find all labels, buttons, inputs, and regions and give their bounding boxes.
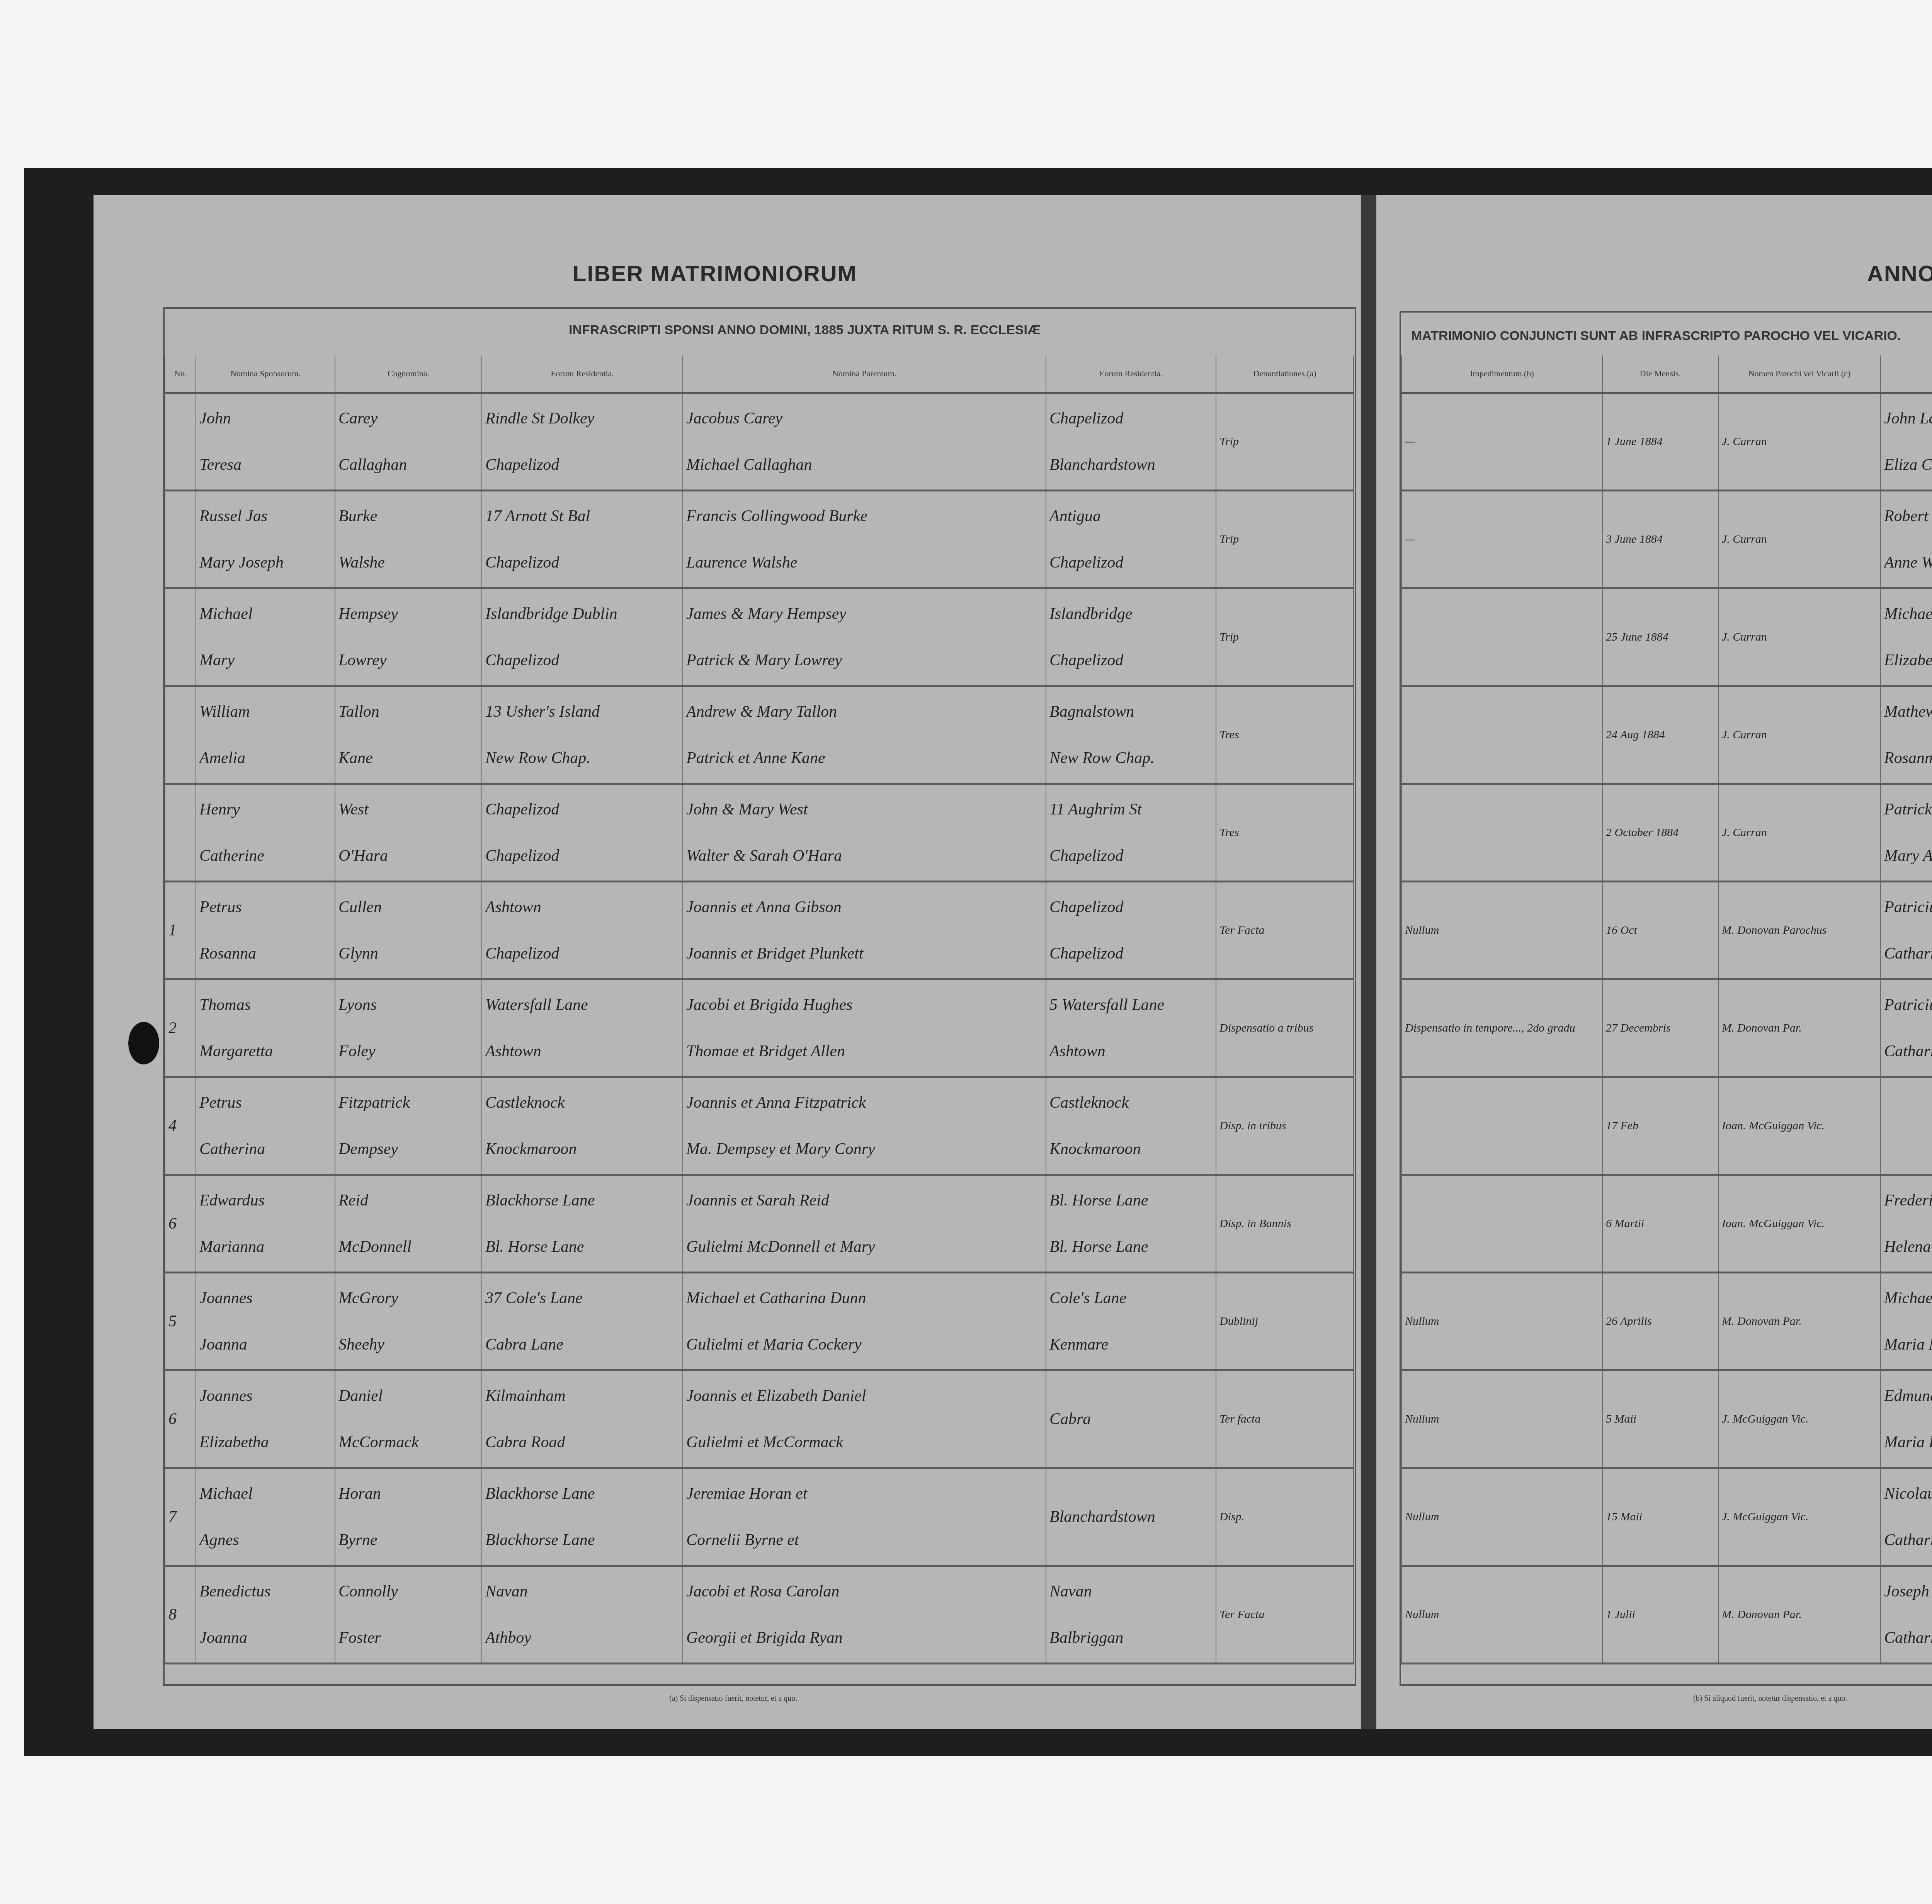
parents-residence-line: Kenmare xyxy=(1049,1321,1213,1368)
table-row: Nullum16 OctM. Donovan ParochusPatricius… xyxy=(1401,882,1932,979)
marriage-date: 16 Oct xyxy=(1602,882,1718,979)
surnames: WestO'Hara xyxy=(335,784,482,882)
right-header-row: Impedimentum.(b) Die Mensis. Nomen Paroc… xyxy=(1401,355,1932,393)
witnesses: Joseph SheppardCatharina Lavin xyxy=(1881,1566,1932,1664)
banns: Trip xyxy=(1216,393,1354,491)
banns: Dispensatio a tribus xyxy=(1216,979,1354,1077)
residence-line: Kilmainham xyxy=(485,1373,679,1419)
parents-residence-line: Chapelizod xyxy=(1049,930,1213,977)
priest-text: M. Donovan Par. xyxy=(1722,1591,1877,1638)
parents-line: Jacobus Carey xyxy=(686,395,1043,442)
witnesses: Robert BurkeAnne Walshe xyxy=(1881,491,1932,588)
parents-residence-line: Chapelizod xyxy=(1049,395,1213,442)
entry-number: 7 xyxy=(165,1468,196,1566)
entry-number: 1 xyxy=(165,882,196,979)
impediment xyxy=(1401,1175,1602,1273)
residence: Blackhorse LaneBl. Horse Lane xyxy=(482,1175,683,1273)
banns: Disp. in Bannis xyxy=(1216,1175,1354,1273)
left-page: LIBER MATRIMONIORUM INFRASCRIPTI SPONSI … xyxy=(94,195,1361,1729)
priest: J. Curran xyxy=(1718,491,1881,588)
witnesses-line: Patrick Dowse xyxy=(1884,786,1932,833)
impediment: — xyxy=(1401,491,1602,588)
priest-text: J. Curran xyxy=(1722,614,1877,660)
surnames-line: McGrory xyxy=(338,1275,478,1321)
banns-text: Trip xyxy=(1219,516,1350,563)
given-names-line: Elizabetha xyxy=(199,1419,332,1465)
table-row: 4PetrusCatherinaFitzpatrickDempseyCastle… xyxy=(165,1077,1354,1175)
residence-line: Chapelizod xyxy=(485,442,679,488)
book-gutter xyxy=(1361,195,1376,1729)
residence: 37 Cole's LaneCabra Lane xyxy=(482,1273,683,1370)
given-names-line: Joanna xyxy=(199,1615,332,1661)
priest: J. Curran xyxy=(1718,686,1881,784)
impediment-text: Nullum xyxy=(1405,1494,1599,1540)
parents-line: Patrick & Mary Lowrey xyxy=(686,637,1043,683)
priest-text: J. Curran xyxy=(1722,712,1877,758)
impediment: Nullum xyxy=(1401,1370,1602,1468)
parents-residence-line: Blanchardstown xyxy=(1049,442,1213,488)
residence: Rindle St DolkeyChapelizod xyxy=(482,393,683,491)
given-names-line: Mary xyxy=(199,637,332,683)
given-names: PetrusCatherina xyxy=(196,1077,335,1175)
col-parents-residence: Eorum Residentia. xyxy=(1046,355,1216,393)
parents-line: Andrew & Mary Tallon xyxy=(686,688,1043,735)
entry-number-text: 7 xyxy=(168,1494,192,1540)
parents-residence-line: Islandbridge xyxy=(1049,591,1213,637)
priest: M. Donovan Par. xyxy=(1718,1566,1881,1664)
banns: Ter Facta xyxy=(1216,1566,1354,1664)
parents: James & Mary HempseyPatrick & Mary Lowre… xyxy=(683,588,1046,686)
parents-residence: 5 Watersfall LaneAshtown xyxy=(1046,979,1216,1077)
priest-text: M. Donovan Parochus xyxy=(1722,907,1877,954)
entry-number: 2 xyxy=(165,979,196,1077)
col-given-names: Nomina Sponsorum. xyxy=(196,355,335,393)
witnesses-line: Catharina Glynn xyxy=(1884,930,1932,977)
witnesses-line: Robert Burke xyxy=(1884,493,1932,539)
parents: Michael et Catharina DunnGulielmi et Mar… xyxy=(683,1273,1046,1370)
witnesses-line: Eliza Callaghan xyxy=(1884,442,1932,488)
parents-line: Gulielmi et Maria Cockery xyxy=(686,1321,1043,1368)
banns-text: Disp. in tribus xyxy=(1219,1103,1350,1149)
table-row: 2 October 1884J. CurranPatrick DowseMary… xyxy=(1401,784,1932,882)
marriage-date: 1 June 1884 xyxy=(1602,393,1718,491)
banns-text: Trip xyxy=(1219,614,1350,660)
residence-line: Watersfall Lane xyxy=(485,982,679,1028)
entry-number: 6 xyxy=(165,1175,196,1273)
parents-line: John & Mary West xyxy=(686,786,1043,833)
witnesses-line: Frederic Reid xyxy=(1884,1177,1932,1224)
parents-line: Gulielmi et McCormack xyxy=(686,1419,1043,1465)
table-row: 2ThomasMargarettaLyonsFoleyWatersfall La… xyxy=(165,979,1354,1077)
witnesses: Michael MaraElizabeth Lowrey xyxy=(1881,588,1932,686)
given-names: JoannesJoanna xyxy=(196,1273,335,1370)
marriage-date-text: 1 Julii xyxy=(1606,1591,1715,1638)
residence-line: Castleknock xyxy=(485,1079,679,1126)
marriage-date-text: 26 Aprilis xyxy=(1606,1298,1715,1345)
priest-text: Ioan. McGuiggan Vic. xyxy=(1722,1103,1877,1149)
parents-line: Joannis et Bridget Plunkett xyxy=(686,930,1043,977)
witnesses-line: Maria Byrne xyxy=(1884,1419,1932,1465)
marriage-date-text: 6 Martii xyxy=(1606,1200,1715,1247)
impediment-text: Nullum xyxy=(1405,1591,1599,1638)
table-row: WilliamAmeliaTallonKane13 Usher's Island… xyxy=(165,686,1354,784)
marriage-date: 24 Aug 1884 xyxy=(1602,686,1718,784)
marriage-date-text: 3 June 1884 xyxy=(1606,516,1715,563)
witnesses: Mathew WatersRosanna McLoughlin xyxy=(1881,686,1932,784)
priest: M. Donovan Parochus xyxy=(1718,882,1881,979)
table-row: 17 FebIoan. McGuiggan Vic.Patricius Gore… xyxy=(1401,1077,1932,1175)
table-row: 25 June 1884J. CurranMichael MaraElizabe… xyxy=(1401,588,1932,686)
given-names-line: Agnes xyxy=(199,1517,332,1563)
parents-residence-line: Navan xyxy=(1049,1568,1213,1615)
impediment: Dispensatio in tempore..., 2do gradu xyxy=(1401,979,1602,1077)
parents-residence: NavanBalbriggan xyxy=(1046,1566,1216,1664)
entry-number: 6 xyxy=(165,1370,196,1468)
parents: Joannis et Sarah ReidGulielmi McDonnell … xyxy=(683,1175,1046,1273)
impediment: — xyxy=(1401,393,1602,491)
surnames-line: Sheehy xyxy=(338,1321,478,1368)
parents-line: Joannis et Anna Fitzpatrick xyxy=(686,1079,1043,1126)
marriage-date: 15 Maii xyxy=(1602,1468,1718,1566)
col-banns: Denuntiationes.(a) xyxy=(1216,355,1354,393)
priest-text: Ioan. McGuiggan Vic. xyxy=(1722,1200,1877,1247)
right-header-band: MATRIMONIO CONJUNCTI SUNT AB INFRASCRIPT… xyxy=(1411,328,1901,343)
parents-line: Jacobi et Brigida Hughes xyxy=(686,982,1043,1028)
given-names-line: Petrus xyxy=(199,1079,332,1126)
given-names-line: Michael xyxy=(199,591,332,637)
table-row: —1 June 1884J. CurranJohn LewisEliza Cal… xyxy=(1401,393,1932,491)
impediment-text: Nullum xyxy=(1405,1396,1599,1442)
marriage-date: 3 June 1884 xyxy=(1602,491,1718,588)
parents: John & Mary WestWalter & Sarah O'Hara xyxy=(683,784,1046,882)
impediment: Nullum xyxy=(1401,1566,1602,1664)
residence: 17 Arnott St BalChapelizod xyxy=(482,491,683,588)
witnesses: Patricius LyonsCatharina Foley xyxy=(1881,979,1932,1077)
priest: J. McGuiggan Vic. xyxy=(1718,1370,1881,1468)
col-date: Die Mensis. xyxy=(1602,355,1718,393)
residence: CastleknockKnockmaroon xyxy=(482,1077,683,1175)
given-names: PetrusRosanna xyxy=(196,882,335,979)
col-witnesses: Testes adfuerunt. xyxy=(1881,355,1932,393)
surnames: HempseyLowrey xyxy=(335,588,482,686)
parents-residence: Bl. Horse LaneBl. Horse Lane xyxy=(1046,1175,1216,1273)
table-row: MichaelMaryHempseyLowreyIslandbridge Dub… xyxy=(165,588,1354,686)
witnesses: Nicolaus RocheCatharina Roche xyxy=(1881,1468,1932,1566)
witnesses-line: Catharina Roche xyxy=(1884,1517,1932,1563)
surnames: CareyCallaghan xyxy=(335,393,482,491)
parents-residence: BagnalstownNew Row Chap. xyxy=(1046,686,1216,784)
priest: Ioan. McGuiggan Vic. xyxy=(1718,1077,1881,1175)
residence: AshtownChapelizod xyxy=(482,882,683,979)
surnames-line: Foster xyxy=(338,1615,478,1661)
marriage-date-text: 25 June 1884 xyxy=(1606,614,1715,660)
table-row: 6EdwardusMariannaReidMcDonnellBlackhorse… xyxy=(165,1175,1354,1273)
parents-residence-line: Chapelizod xyxy=(1049,833,1213,879)
given-names-line: William xyxy=(199,688,332,735)
residence: KilmainhamCabra Road xyxy=(482,1370,683,1468)
priest: J. Curran xyxy=(1718,588,1881,686)
table-row: Nullum15 MaiiJ. McGuiggan Vic.Nicolaus R… xyxy=(1401,1468,1932,1566)
banns-text: Ter Facta xyxy=(1219,1591,1350,1638)
parents: Francis Collingwood BurkeLaurence Walshe xyxy=(683,491,1046,588)
impediment: Nullum xyxy=(1401,1468,1602,1566)
witnesses-line: Patricius Lyons xyxy=(1884,982,1932,1028)
residence-line: Athboy xyxy=(485,1615,679,1661)
surnames-line: Callaghan xyxy=(338,442,478,488)
residence-line: Chapelizod xyxy=(485,539,679,586)
given-names: JoannesElizabetha xyxy=(196,1370,335,1468)
parents-line: Walter & Sarah O'Hara xyxy=(686,833,1043,879)
left-header-row: No. Nomina Sponsorum. Cognomina. Eorum R… xyxy=(165,355,1354,393)
table-row: JohnTeresaCareyCallaghanRindle St Dolkey… xyxy=(165,393,1354,491)
given-names-line: Michael xyxy=(199,1470,332,1517)
priest: J. Curran xyxy=(1718,784,1881,882)
col-no: No. xyxy=(165,355,196,393)
year-title: ANNO DOMINI, 1885 xyxy=(1867,261,1932,287)
residence: ChapelizodChapelizod xyxy=(482,784,683,882)
surnames: ConnollyFoster xyxy=(335,1566,482,1664)
surnames-line: Horan xyxy=(338,1470,478,1517)
surnames-line: West xyxy=(338,786,478,833)
residence-line: Navan xyxy=(485,1568,679,1615)
table-row: Nullum1 JuliiM. Donovan Par.Joseph Shepp… xyxy=(1401,1566,1932,1664)
banns: Tres xyxy=(1216,686,1354,784)
parents-residence-line: Blanchardstown xyxy=(1049,1494,1213,1540)
marriage-date-text: 17 Feb xyxy=(1606,1103,1715,1149)
surnames-line: Connolly xyxy=(338,1568,478,1615)
surnames-line: Tallon xyxy=(338,688,478,735)
surnames-line: Carey xyxy=(338,395,478,442)
banns: Ter facta xyxy=(1216,1370,1354,1468)
parents-line: Patrick et Anne Kane xyxy=(686,735,1043,781)
given-names-line: Joannes xyxy=(199,1373,332,1419)
residence-line: 17 Arnott St Bal xyxy=(485,493,679,539)
marriage-date: 26 Aprilis xyxy=(1602,1273,1718,1370)
banns: Trip xyxy=(1216,588,1354,686)
parents: Jacobi et Rosa CarolanGeorgii et Brigida… xyxy=(683,1566,1046,1664)
parents-residence-line: Knockmaroon xyxy=(1049,1126,1213,1172)
surnames-line: Hempsey xyxy=(338,591,478,637)
col-surnames: Cognomina. xyxy=(335,355,482,393)
surnames-line: McDonnell xyxy=(338,1224,478,1270)
entry-number: 5 xyxy=(165,1273,196,1370)
given-names-line: Marianna xyxy=(199,1224,332,1270)
given-names: ThomasMargaretta xyxy=(196,979,335,1077)
marriage-date: 1 Julii xyxy=(1602,1566,1718,1664)
parents-line: Ma. Dempsey et Mary Conry xyxy=(686,1126,1043,1172)
marriage-date-text: 2 October 1884 xyxy=(1606,809,1715,856)
residence-line: Blackhorse Lane xyxy=(485,1470,679,1517)
residence-line: Cabra Road xyxy=(485,1419,679,1465)
parents-residence-line: Chapelizod xyxy=(1049,637,1213,683)
given-names-line: Catherine xyxy=(199,833,332,879)
residence-line: Islandbridge Dublin xyxy=(485,591,679,637)
scanned-register-image: LIBER MATRIMONIORUM INFRASCRIPTI SPONSI … xyxy=(24,168,1932,1756)
witnesses: Frederic ReidHelena Reid xyxy=(1881,1175,1932,1273)
residence-line: Chapelizod xyxy=(485,786,679,833)
surnames: McGrorySheehy xyxy=(335,1273,482,1370)
parents-line: Joannis et Anna Gibson xyxy=(686,884,1043,930)
residence-line: Rindle St Dolkey xyxy=(485,395,679,442)
given-names-line: John xyxy=(199,395,332,442)
banns-text: Tres xyxy=(1219,712,1350,758)
given-names: EdwardusMarianna xyxy=(196,1175,335,1273)
col-parents: Nomina Parentum. xyxy=(683,355,1046,393)
residence-line: Chapelizod xyxy=(485,833,679,879)
parents-residence: Blanchardstown xyxy=(1046,1468,1216,1566)
surnames: HoranByrne xyxy=(335,1468,482,1566)
surnames-line: Dempsey xyxy=(338,1126,478,1172)
marriage-date-text: 5 Maii xyxy=(1606,1396,1715,1442)
surnames: FitzpatrickDempsey xyxy=(335,1077,482,1175)
surnames-line: Reid xyxy=(338,1177,478,1224)
left-footnote: (a) Si dispensatio fuerit, notetur, et a… xyxy=(669,1694,797,1703)
residence-line: Knockmaroon xyxy=(485,1126,679,1172)
parents: Jacobus CareyMichael Callaghan xyxy=(683,393,1046,491)
given-names-line: Joanna xyxy=(199,1321,332,1368)
banns: Dublinij xyxy=(1216,1273,1354,1370)
parents-residence: 11 Aughrim StChapelizod xyxy=(1046,784,1216,882)
table-row: 8BenedictusJoannaConnollyFosterNavanAthb… xyxy=(165,1566,1354,1664)
residence-line: Chapelizod xyxy=(485,930,679,977)
witnesses: Michael McGroryMaria McG. xyxy=(1881,1273,1932,1370)
marriage-date-text: 24 Aug 1884 xyxy=(1606,712,1715,758)
parents-line: Cornelii Byrne et xyxy=(686,1517,1043,1563)
witnesses xyxy=(1881,1077,1932,1175)
witnesses-line: Patricius Cullen xyxy=(1884,884,1932,930)
residence-line: Blackhorse Lane xyxy=(485,1177,679,1224)
marriage-date: 6 Martii xyxy=(1602,1175,1718,1273)
impediment-text: — xyxy=(1405,418,1599,465)
surnames-line: Burke xyxy=(338,493,478,539)
parents-line: Georgii et Brigida Ryan xyxy=(686,1615,1043,1661)
entry-number-text: 2 xyxy=(168,1005,192,1051)
priest-text: J. Curran xyxy=(1722,516,1877,563)
banns-text: Dispensatio a tribus xyxy=(1219,1005,1350,1051)
surnames-line: McCormack xyxy=(338,1419,478,1465)
witnesses-line: Elizabeth Lowrey xyxy=(1884,637,1932,683)
given-names-line: Petrus xyxy=(199,884,332,930)
surnames: LyonsFoley xyxy=(335,979,482,1077)
surnames-line: Walshe xyxy=(338,539,478,586)
residence-line: Blackhorse Lane xyxy=(485,1517,679,1563)
marriage-date-text: 27 Decembris xyxy=(1606,1005,1715,1051)
surnames: CullenGlynn xyxy=(335,882,482,979)
priest-text: J. Curran xyxy=(1722,418,1877,465)
witnesses-line: Joseph Sheppard xyxy=(1884,1568,1932,1615)
impediment-text: — xyxy=(1405,516,1599,563)
surnames-line: Byrne xyxy=(338,1517,478,1563)
table-row: HenryCatherineWestO'HaraChapelizodChapel… xyxy=(165,784,1354,882)
parents-line: Jacobi et Rosa Carolan xyxy=(686,1568,1043,1615)
right-page: ANNO DOMINI, 1885 MATRIMONIO CONJUNCTI S… xyxy=(1376,195,1932,1729)
given-names-line: Amelia xyxy=(199,735,332,781)
given-names: MichaelAgnes xyxy=(196,1468,335,1566)
table-row: 24 Aug 1884J. CurranMathew WatersRosanna… xyxy=(1401,686,1932,784)
given-names-line: Russel Jas xyxy=(199,493,332,539)
table-row: —3 June 1884J. CurranRobert BurkeAnne Wa… xyxy=(1401,491,1932,588)
banns: Ter Facta xyxy=(1216,882,1354,979)
given-names-line: Margaretta xyxy=(199,1028,332,1074)
priest: J. Curran xyxy=(1718,393,1881,491)
parents: Andrew & Mary TallonPatrick et Anne Kane xyxy=(683,686,1046,784)
surnames: BurkeWalshe xyxy=(335,491,482,588)
parents-residence: Cabra xyxy=(1046,1370,1216,1468)
impediment xyxy=(1401,686,1602,784)
parents-residence-line: New Row Chap. xyxy=(1049,735,1213,781)
witnesses-line: Maria McG. xyxy=(1884,1321,1932,1368)
residence: Blackhorse LaneBlackhorse Lane xyxy=(482,1468,683,1566)
marriage-date: 27 Decembris xyxy=(1602,979,1718,1077)
parents-line: Francis Collingwood Burke xyxy=(686,493,1043,539)
given-names-line: Teresa xyxy=(199,442,332,488)
witnesses-line: Mary Anne O'Hara xyxy=(1884,833,1932,879)
parents-residence: AntiguaChapelizod xyxy=(1046,491,1216,588)
impediment xyxy=(1401,588,1602,686)
surnames-line: Foley xyxy=(338,1028,478,1074)
table-row: 6JoannesElizabethaDanielMcCormackKilmain… xyxy=(165,1370,1354,1468)
marriage-date-text: 15 Maii xyxy=(1606,1494,1715,1540)
entry-number xyxy=(165,686,196,784)
given-names-line: Henry xyxy=(199,786,332,833)
given-names-line: Rosanna xyxy=(199,930,332,977)
ink-blot xyxy=(128,1022,159,1064)
priest-text: M. Donovan Par. xyxy=(1722,1298,1877,1345)
marriage-date: 17 Feb xyxy=(1602,1077,1718,1175)
entry-number-text: 1 xyxy=(168,907,192,954)
impediment: Nullum xyxy=(1401,882,1602,979)
residence-line: Ashtown xyxy=(485,1028,679,1074)
priest: M. Donovan Par. xyxy=(1718,979,1881,1077)
surnames-line: Lyons xyxy=(338,982,478,1028)
parents: Joannis et Anna GibsonJoannis et Bridget… xyxy=(683,882,1046,979)
witnesses-line: Edmundus Smith xyxy=(1884,1373,1932,1419)
parents-residence-line: Chapelizod xyxy=(1049,884,1213,930)
witnesses: Patrick DowseMary Anne O'Hara xyxy=(1881,784,1932,882)
table-row: 6 MartiiIoan. McGuiggan Vic.Frederic Rei… xyxy=(1401,1175,1932,1273)
given-names: BenedictusJoanna xyxy=(196,1566,335,1664)
entry-number: 8 xyxy=(165,1566,196,1664)
impediment-text: Nullum xyxy=(1405,1298,1599,1345)
parents-line: Michael Callaghan xyxy=(686,442,1043,488)
parents-residence: ChapelizodBlanchardstown xyxy=(1046,393,1216,491)
impediment-text: Dispensatio in tempore..., 2do gradu xyxy=(1405,1005,1599,1051)
priest-text: J. Curran xyxy=(1722,809,1877,856)
witnesses-line: Rosanna McLoughlin xyxy=(1884,735,1932,781)
parents-residence-line: Bagnalstown xyxy=(1049,688,1213,735)
parents-residence-line: Bl. Horse Lane xyxy=(1049,1177,1213,1224)
entry-number xyxy=(165,491,196,588)
parents-line: Thomae et Bridget Allen xyxy=(686,1028,1043,1074)
right-footnote-b: (b) Si aliquod fuerit, notetur dispensat… xyxy=(1693,1694,1847,1703)
parents-residence-line: 5 Watersfall Lane xyxy=(1049,982,1213,1028)
table-row: Nullum5 MaiiJ. McGuiggan Vic.Edmundus Sm… xyxy=(1401,1370,1932,1468)
table-row: 7MichaelAgnesHoranByrneBlackhorse LaneBl… xyxy=(165,1468,1354,1566)
marriage-date-text: 1 June 1884 xyxy=(1606,418,1715,465)
residence-line: Bl. Horse Lane xyxy=(485,1224,679,1270)
witnesses-line: Nicolaus Roche xyxy=(1884,1470,1932,1517)
table-row: 1PetrusRosannaCullenGlynnAshtownChapeliz… xyxy=(165,882,1354,979)
banns: Trip xyxy=(1216,491,1354,588)
entry-number-text: 6 xyxy=(168,1200,192,1247)
priest: J. McGuiggan Vic. xyxy=(1718,1468,1881,1566)
witnesses: Patricius CullenCatharina Glynn xyxy=(1881,882,1932,979)
impediment xyxy=(1401,1077,1602,1175)
parents-residence-line: Antigua xyxy=(1049,493,1213,539)
left-header-band: INFRASCRIPTI SPONSI ANNO DOMINI, 1885 JU… xyxy=(569,323,1041,338)
entry-number xyxy=(165,393,196,491)
banns: Disp. in tribus xyxy=(1216,1077,1354,1175)
